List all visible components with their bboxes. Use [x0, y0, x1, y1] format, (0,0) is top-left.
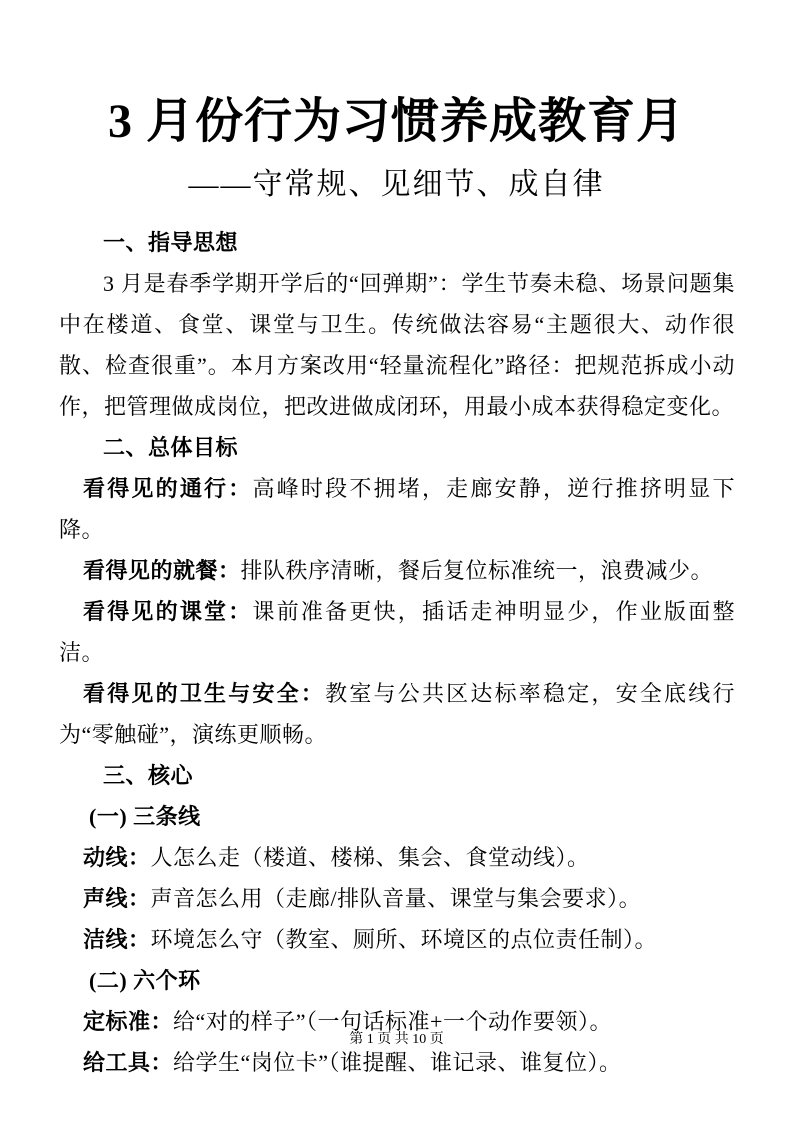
- section-heading-1: 一、指导思想: [59, 222, 735, 263]
- subsection-heading-three-lines: (一) 三条线: [59, 796, 735, 837]
- document-page: 3 月份行为习惯养成教育月 ——守常规、见细节、成自律 一、指导思想 3 月是春…: [0, 0, 793, 1122]
- doc-body: 一、指导思想 3 月是春季学期开学后的“回弹期”：学生节奏未稳、场景问题集中在楼…: [59, 222, 735, 1083]
- item-lead: 看得见的卫生与安全：: [83, 681, 325, 706]
- page-number-footer: 第 1 页 共 10 页: [0, 1030, 793, 1050]
- item-text: 排队秩序清晰，餐后复位标准统一，浪费减少。: [241, 558, 714, 583]
- goal-item: 看得见的就餐：排队秩序清晰，餐后复位标准统一，浪费减少。: [59, 550, 735, 591]
- item-lead: 声线：: [83, 886, 151, 911]
- item-lead: 洁线：: [83, 927, 151, 952]
- core-item: 洁线：环境怎么守（教室、厕所、环境区的点位责任制）。: [59, 919, 735, 960]
- doc-title: 3 月份行为习惯养成教育月: [0, 0, 793, 152]
- item-text: 给学生“岗位卡”（谁提醒、谁记录、谁复位）。: [173, 1050, 622, 1075]
- subsection-heading-six-rings: (二) 六个环: [59, 960, 735, 1001]
- core-item: 声线：声音怎么用（走廊/排队音量、课堂与集会要求）。: [59, 878, 735, 919]
- item-lead: 看得见的就餐：: [83, 558, 241, 583]
- core-item: 动线：人怎么走（楼道、楼梯、集会、食堂动线）。: [59, 837, 735, 878]
- paragraph-guiding-thought: 3 月是春季学期开学后的“回弹期”：学生节奏未稳、场景问题集中在楼道、食堂、课堂…: [59, 263, 735, 427]
- item-text: 人怎么走（楼道、楼梯、集会、食堂动线）。: [151, 845, 590, 870]
- item-lead: 给工具：: [83, 1050, 173, 1075]
- goal-item: 看得见的课堂：课前准备更快，插话走神明显少，作业版面整洁。: [59, 591, 735, 673]
- item-lead: 看得见的课堂：: [83, 599, 252, 624]
- goal-item: 看得见的卫生与安全：教室与公共区达标率稳定，安全底线行为“零触碰”，演练更顺畅。: [59, 673, 735, 755]
- doc-subtitle: ——守常规、见细节、成自律: [0, 162, 793, 208]
- section-heading-3: 三、核心: [59, 755, 735, 796]
- item-lead: 看得见的通行：: [83, 476, 252, 501]
- item-lead: 动线：: [83, 845, 151, 870]
- item-text: 环境怎么守（教室、厕所、环境区的点位责任制）。: [151, 927, 658, 952]
- section-heading-2: 二、总体目标: [59, 427, 735, 468]
- goal-item: 看得见的通行：高峰时段不拥堵，走廊安静，逆行推挤明显下降。: [59, 468, 735, 550]
- item-text: 声音怎么用（走廊/排队音量、课堂与集会要求）。: [151, 886, 642, 911]
